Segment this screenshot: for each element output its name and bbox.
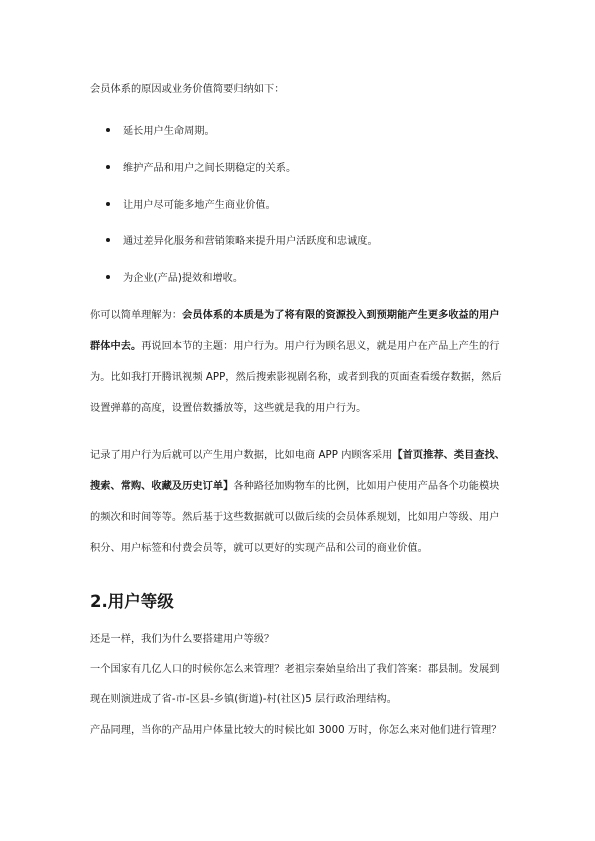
list-item-text: 为企业(产品)提效和增收。 [123, 273, 243, 284]
bullet-icon [106, 238, 110, 242]
paragraph-line: 积分、用户标签和付费会员等，就可以更好的实现产品和公司的商业价值。 [90, 542, 428, 556]
list-item: 为企业(产品)提效和增收。 [106, 272, 243, 286]
bullet-icon [106, 165, 110, 169]
list-item-text: 让用户尽可能多地产生商业价值。 [123, 200, 276, 211]
list-item: 让用户尽可能多地产生商业价值。 [106, 199, 276, 213]
list-item-text: 通过差异化服务和营销策略来提升用户活跃度和忠诚度。 [123, 236, 378, 247]
paragraph-line: 设置弹幕的高度，设置倍数播放等，这些就是我的用户行为。 [90, 402, 366, 416]
list-item: 延长用户生命周期。 [106, 125, 215, 139]
paragraph-line: 现在则演进成了省-市-区县-乡镇(街道)-村(社区)5 层行政治理结构。 [90, 693, 397, 707]
paragraph-line: 为。比如我打开腾讯视频 APP，然后搜索影视剧名称，或者到我的页面查看缓存数据，… [90, 371, 502, 385]
list-item: 维护产品和用户之间长期稳定的关系。 [106, 162, 296, 176]
bullet-icon [106, 275, 110, 279]
list-item: 通过差异化服务和营销策略来提升用户活跃度和忠诚度。 [106, 235, 378, 249]
bold-text: 会员体系的本质是为了将有限的资源投入到预期能产生更多收益的用户 [182, 310, 499, 321]
paragraph-line: 搜索、常购、收藏及历史订单】各种路径加购物车的比例，比如用户使用产品各个功能模块 [90, 480, 500, 494]
bold-text: 【首页推荐、类目查找、 [392, 450, 505, 461]
document-page: 会员体系的原因或业务价值简要归纳如下： 延长用户生命周期。 维护产品和用户之间长… [0, 0, 595, 841]
paragraph-line: 的频次和时间等等。然后基于这些数据就可以做后续的会员体系规划，比如用户等级、用户 [90, 511, 500, 525]
bold-text: 搜索、常购、收藏及历史订单】 [90, 481, 233, 492]
paragraph-line: 群体中去。再说回本节的主题：用户行为。用户行为顾名思义，就是用户在产品上产生的行 [90, 340, 500, 354]
list-item-text: 维护产品和用户之间长期稳定的关系。 [123, 163, 296, 174]
bold-text: 群体中去。 [90, 341, 141, 352]
paragraph-line: 一个国家有几亿人口的时候你怎么来管理？老祖宗秦始皇给出了我们答案：郡县制。发展到 [90, 663, 500, 677]
paragraph-line: 记录了用户行为后就可以产生用户数据，比如电商 APP 内顾客采用【首页推荐、类目… [90, 449, 505, 463]
section-heading: 2.用户等级 [90, 591, 174, 613]
text-span: 记录了用户行为后就可以产生用户数据，比如电商 APP 内顾客采用 [90, 450, 392, 461]
bullet-icon [106, 128, 110, 132]
list-item-text: 延长用户生命周期。 [123, 126, 215, 137]
text-span: 各种路径加购物车的比例，比如用户使用产品各个功能模块 [233, 481, 499, 492]
text-span: 再说回本节的主题：用户行为。用户行为顾名思义，就是用户在产品上产生的行 [141, 341, 499, 352]
paragraph-product-analogy: 产品同理，当你的产品用户体量比较大的时候比如 3000 万时，你怎么来对他们进行… [90, 724, 502, 738]
text-span: 你可以简单理解为： [90, 310, 182, 321]
paragraph-question: 还是一样，我们为什么要搭建用户等级？ [90, 633, 274, 647]
intro-text: 会员体系的原因或业务价值简要归纳如下： [90, 83, 285, 97]
bullet-icon [106, 202, 110, 206]
paragraph-line: 你可以简单理解为：会员体系的本质是为了将有限的资源投入到预期能产生更多收益的用户 [90, 309, 500, 323]
